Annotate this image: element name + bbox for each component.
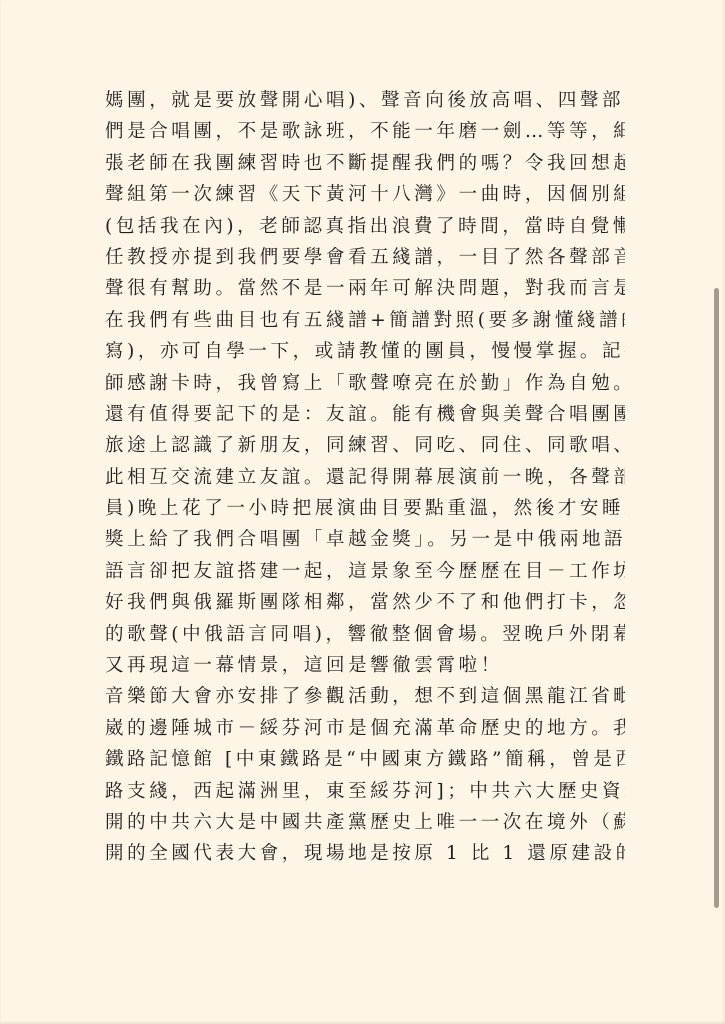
text-line: 張老師在我團練習時也不斷提醒我們的嗎？令我回想起張老師指導男 — [105, 148, 625, 179]
text-line: 此相互交流建立友誼。還記得開幕展演前一晚，各聲部(美聲、育華團 — [105, 462, 625, 493]
text-line: 們是合唱團，不是歌詠班，不能一年磨一劍…等等，細想一下，這不是 — [105, 116, 625, 147]
text-line: 聲很有幫助。當然不是一兩年可解決問題，對我而言是個努力方向。現 — [105, 273, 625, 304]
text-line: 開的全國代表大會，現場地是按原 1 比 1 還原建設的展館]；和平天使 — [105, 838, 625, 869]
text-line: 路支綫，西起滿洲里，東至綏芬河]；中共六大歷史資料館 [1928 年召 — [105, 776, 625, 807]
text-line: 聲組第一次練習《天下黃河十八灣》一曲時，因個別組員未事前預習好 — [105, 179, 625, 210]
text-line: (包括我在內)，老師認真指出浪費了時間，當時自覺慚愧無地自容。 — [105, 211, 625, 242]
text-line: 寫)，亦可自學一下，或請教懂的團員，慢慢掌握。記得在一次給張老 — [105, 336, 625, 367]
text-line: 崴的邊陲城市－綏芬河市是個充滿革命歷史的地方。我們參觀了：中東 — [105, 713, 625, 744]
scrollbar-thumb[interactable] — [714, 288, 719, 908]
text-line: 在我們有些曲目也有五綫譜+簡譜對照(要多謝懂綫譜的團員花心機譯 — [105, 305, 625, 336]
text-line: 鐵路記憶館 [中東鐵路是“中國東方鐵路”簡稱，曾是西伯利亞大鐵 — [105, 744, 625, 775]
text-line: 又再現這一幕情景，這回是響徹雲霄啦！ — [105, 650, 625, 681]
text-line: 的歌聲(中俄語言同唱)，響徹整個會場。翌晚戶外閉幕式結束後舞台上 — [105, 619, 625, 650]
text-line: 好我們與俄羅斯團隊相鄰，當然少不了和他們打卡，忽然響起《喀秋莎》 — [105, 587, 625, 618]
text-line: 語言卻把友誼搭建一起，這景象至今歷歷在目－工作坊結束休息時，剛 — [105, 556, 625, 587]
text-line: 旅途上認識了新朋友，同練習、同吃、同住、同歌唱、同聯歡，不分彼 — [105, 430, 625, 461]
text-line: 員)晚上花了一小時把展演曲目要點重溫，然後才安睡。大會在閉幕頒 — [105, 493, 625, 524]
text-line: 任教授亦提到我們要學會看五綫譜，一目了然各聲部音節，對節拍唱和 — [105, 242, 625, 273]
text-line: 還有值得要記下的是：友誼。能有機會與美聲合唱團團員同參與活動， — [105, 399, 625, 430]
text-line: 獎上給了我們合唱團「卓越金獎」。另一是中俄兩地語言不同，但音樂 — [105, 524, 625, 555]
document-body: 媽團，就是要放聲開心唱)、聲音向後放高唱、四聲部節拍要和合、我 們是合唱團，不是… — [105, 85, 625, 870]
document-page: 媽團，就是要放聲開心唱)、聲音向後放高唱、四聲部節拍要和合、我 們是合唱團，不是… — [0, 0, 725, 1024]
text-line: 媽團，就是要放聲開心唱)、聲音向後放高唱、四聲部節拍要和合、我 — [105, 85, 625, 116]
vertical-scrollbar[interactable] — [713, 0, 721, 1024]
text-line: 開的中共六大是中國共產黨歷史上唯一一次在境外（蘇聯莫斯科）召 — [105, 807, 625, 838]
text-line: 師感謝卡時，我曾寫上「歌聲嘹亮在於勤」作為自勉。 — [105, 368, 625, 399]
text-line: 音樂節大會亦安排了參觀活動，想不到這個黑龍江省毗鄰俄羅斯海參 — [105, 681, 625, 712]
